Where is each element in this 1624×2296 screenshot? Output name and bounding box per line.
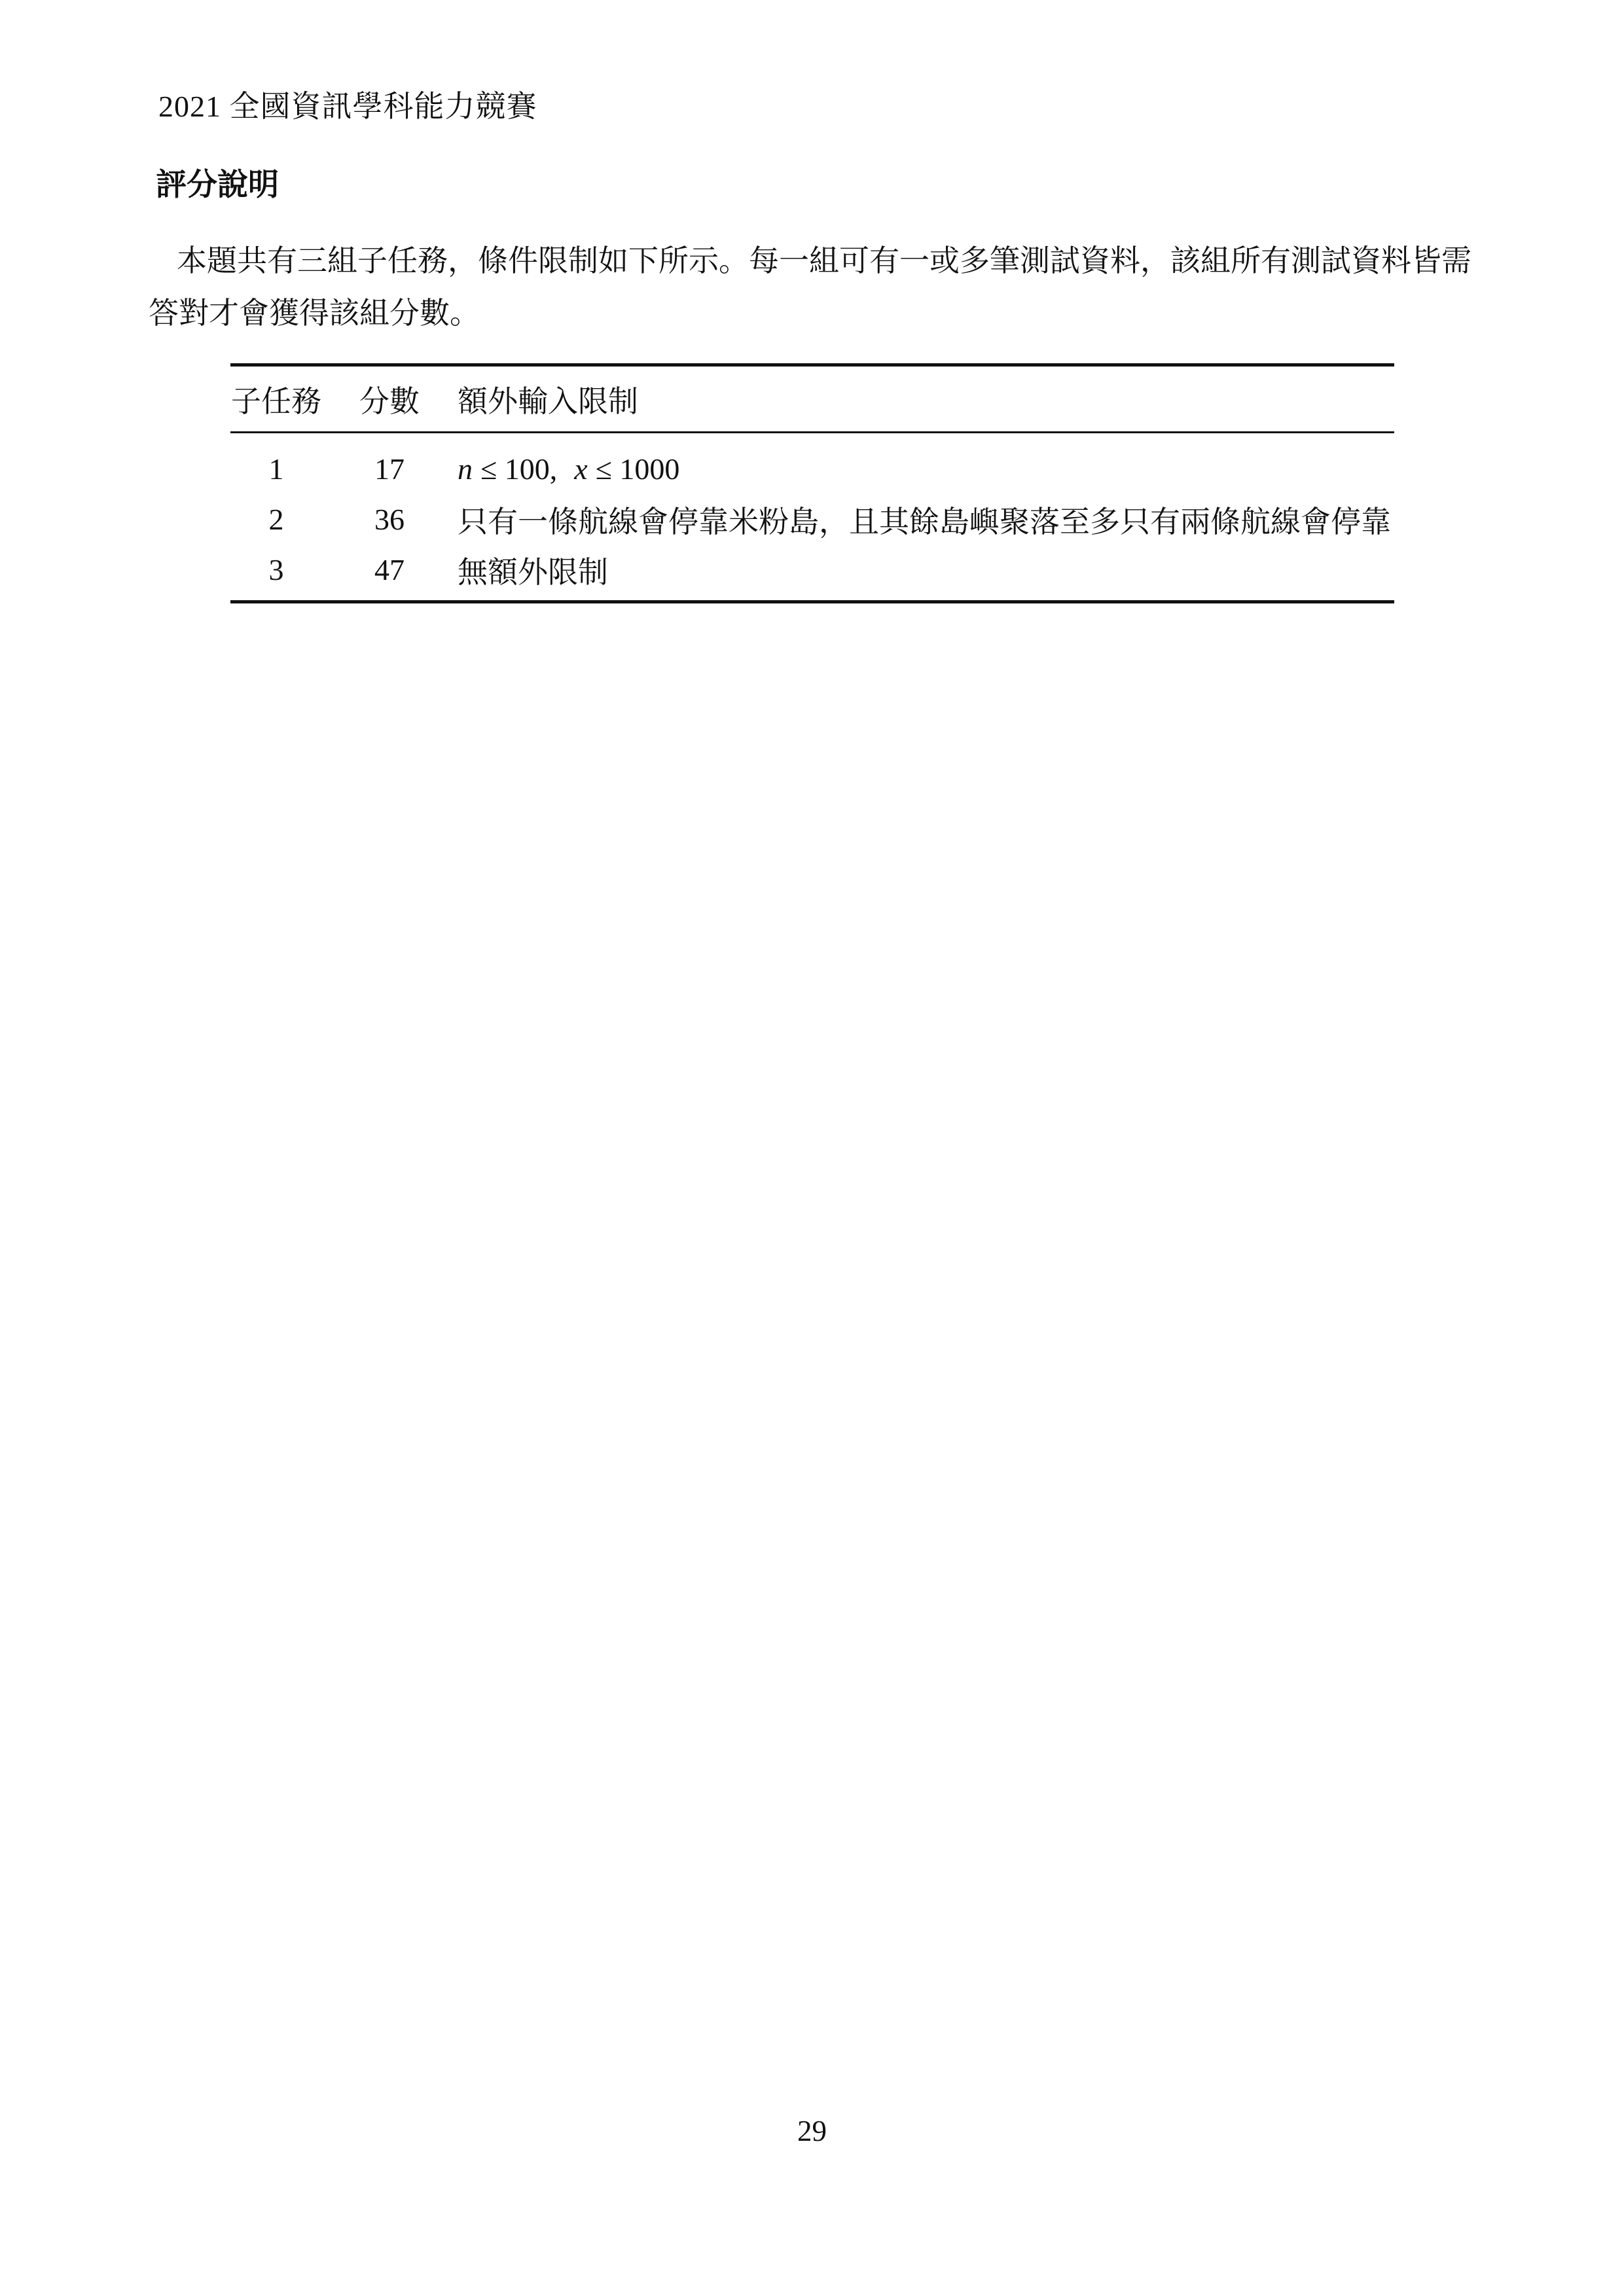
constraint-cell: 無額外限制: [458, 548, 1394, 592]
math-var-n: n: [458, 452, 473, 486]
document-page: 2021 全國資訊學科能力競賽 評分說明 本題共有三組子任務，條件限制如下所示。…: [0, 0, 1624, 2296]
table-bottom-padding: [230, 595, 1394, 600]
subtask-cell: 2: [230, 502, 322, 537]
math-segment: ≤ 1000: [596, 452, 680, 486]
col-header-subtask: 子任務: [230, 378, 322, 421]
table-mid-rule: [230, 431, 1394, 433]
table-row: 1 17 n≤ 100,x≤ 1000: [230, 444, 1394, 494]
page-number: 29: [0, 2117, 1624, 2146]
paragraph-line-1: 本題共有三組子任務，條件限制如下所示。每一組可有一或多筆測試資料，該組所有測試資…: [149, 235, 1477, 287]
constraint-cell: n≤ 100,x≤ 1000: [458, 452, 1394, 486]
subtask-table: 子任務 分數 額外輸入限制 1 17 n≤ 100,x≤ 1000 2 36 只…: [230, 363, 1394, 603]
score-cell: 47: [359, 552, 420, 587]
score-cell: 36: [359, 502, 420, 537]
subtask-cell: 1: [230, 452, 322, 486]
table-row: 3 47 無額外限制: [230, 545, 1394, 595]
constraint-cell: 只有一條航線會停靠米粉島，且其餘島嶼聚落至多只有兩條航線會停靠: [458, 498, 1394, 541]
paragraph-line-2: 答對才會獲得該組分數。: [149, 287, 1477, 340]
col-header-score: 分數: [359, 378, 420, 421]
table-bottom-rule: [230, 600, 1394, 603]
col-header-constraint: 額外輸入限制: [458, 378, 1394, 421]
running-header: 2021 全國資訊學科能力競賽: [158, 92, 537, 122]
intro-paragraph: 本題共有三組子任務，條件限制如下所示。每一組可有一或多筆測試資料，該組所有測試資…: [149, 235, 1477, 340]
math-var-x: x: [574, 452, 587, 486]
score-cell: 17: [359, 452, 420, 486]
table-header-row: 子任務 分數 額外輸入限制: [230, 367, 1394, 431]
section-heading: 評分說明: [156, 169, 279, 200]
subtask-cell: 3: [230, 552, 322, 587]
math-segment: ≤ 100,: [480, 452, 557, 486]
table-row: 2 36 只有一條航線會停靠米粉島，且其餘島嶼聚落至多只有兩條航線會停靠: [230, 494, 1394, 545]
